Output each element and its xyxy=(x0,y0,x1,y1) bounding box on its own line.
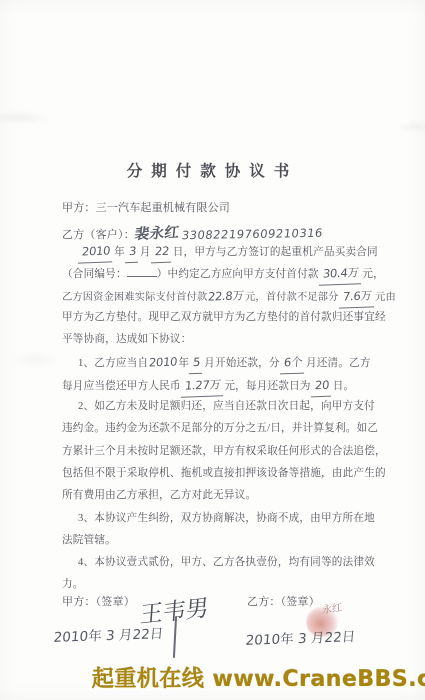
handwritten-text: 3 xyxy=(125,240,140,264)
contract-line: 甲方为乙方垫付。现甲乙双方就甲方为乙方垫付的首付款归还事宜经 xyxy=(62,307,392,329)
party-a-line: 甲方：三一汽车起重机械有限公司 xyxy=(62,199,230,215)
printed-text: 方累计三个月未按时足额还款，甲方有权采取任何形式的合法追偿， xyxy=(62,446,386,457)
handwritten-text: 1.27万 xyxy=(181,373,225,398)
party-b-date: 2010年 3 月22日 xyxy=(245,625,356,649)
printed-text: 月开始还款，分 xyxy=(204,358,280,369)
printed-text: 元， xyxy=(362,269,384,280)
printed-text: 法院管辖。 xyxy=(62,535,116,546)
handwritten-text: 2010 xyxy=(78,239,114,263)
printed-text: 2、如乙方未及时足额归还，应当自还款日次日起，向甲方支付 xyxy=(78,401,375,412)
printed-text: ）中约定乙方应向甲方支付首付款 xyxy=(157,269,319,280)
contract-line: 2010年3月22日，甲方与乙方签订的起重机产品买卖合同 xyxy=(62,240,392,262)
handwritten-text: 7.6万 xyxy=(338,284,375,308)
printed-text: 乙方因资金困难实际支付首付款 xyxy=(62,292,207,303)
printed-text: 年 xyxy=(114,247,125,258)
contract-line: 每月应当偿还甲方人民币1.27万元，每月还款日为20日。 xyxy=(62,374,392,396)
printed-text: 4、本协议壹式贰份，甲方、乙方各执壹份，均有同等的法律效 xyxy=(78,557,375,568)
scanned-contract-page: 分期付款协议书 甲方：三一汽车起重机械有限公司 乙方（客户）：裴永红330822… xyxy=(0,0,425,700)
handwritten-text: 30.4万 xyxy=(319,262,363,287)
printed-text: 1、乙方应当自 xyxy=(78,358,148,369)
printed-text: 月还清。乙方 xyxy=(306,358,371,369)
document-title: 分期付款协议书 xyxy=(0,159,425,181)
scan-artifact xyxy=(10,350,60,370)
party-b-thumbprint-note: 永红 xyxy=(322,599,342,617)
printed-text: 平等协商，达成如下协议： xyxy=(62,334,192,345)
blank-underline xyxy=(127,264,157,277)
handwritten-text: 22.8万 xyxy=(207,284,245,308)
contract-line: （合同编号：）中约定乙方应向甲方支付首付款30.4万元， xyxy=(62,262,392,284)
printed-text: 违约金。违约金为还款不足部分的万分之五/日，并计算复利。如乙 xyxy=(62,423,378,434)
printed-text: 每月应当偿还甲方人民币 xyxy=(62,381,181,392)
site-watermark: 起重机在线 www.CraneBBS.com xyxy=(92,662,425,693)
printed-text: 力。 xyxy=(62,579,84,590)
scan-artifact xyxy=(395,120,425,134)
printed-text: 元由 xyxy=(375,292,396,303)
contract-line: 包括但不限于采取停机、拖机或直接扣押该设备等措施，由此产生的 xyxy=(62,463,392,485)
contract-line: 所有费用由乙方承担，乙方对此无异议。 xyxy=(62,485,392,507)
printed-text: 元，每月还款日为 xyxy=(224,381,310,392)
printed-text: 所有费用由乙方承担，乙方对此无异议。 xyxy=(62,490,256,501)
handwritten-text: 6个 xyxy=(280,351,306,375)
contract-line: 3、本协议产生纠纷，双方协商解决，协商不成，由甲方所在地 xyxy=(62,508,392,530)
contract-line: 4、本协议壹式贰份，甲方、乙方各执壹份，均有同等的法律效 xyxy=(62,552,392,574)
agreement-body: 2010年3月22日，甲方与乙方签订的起重机产品买卖合同（合同编号：）中约定乙方… xyxy=(62,240,392,597)
party-b-sign-label: 乙方：（签章） xyxy=(247,593,320,609)
handwritten-text: 5 xyxy=(189,351,204,375)
printed-text: 元，首付款不足部分 xyxy=(245,292,339,303)
contract-line: 违约金。违约金为还款不足部分的万分之五/日，并计算复利。如乙 xyxy=(62,418,392,440)
contract-line: 2、如乙方未及时足额归还，应当自还款日次日起，向甲方支付 xyxy=(62,396,392,418)
scan-artifact xyxy=(0,110,50,126)
contract-line: 法院管辖。 xyxy=(62,530,392,552)
handwritten-text: 20 xyxy=(311,373,333,397)
printed-text: 日，甲方与乙方签订的起重机产品买卖合同 xyxy=(173,247,378,258)
contract-line: 方累计三个月未按时足额还款，甲方有权采取任何形式的合法追偿， xyxy=(62,441,392,463)
contract-line: 1、乙方应当自2010年5月开始还款，分6个月还清。乙方 xyxy=(62,351,392,373)
contract-line: 乙方因资金困难实际支付首付款22.8万元，首付款不足部分7.6万元由 xyxy=(62,285,392,307)
party-a-date: 2010年 3 月22日 xyxy=(53,622,164,646)
handwritten-text: 22 xyxy=(151,240,173,264)
printed-text: 3、本协议产生纠纷，双方协商解决，协商不成，由甲方所在地 xyxy=(78,513,375,524)
printed-text: 日。 xyxy=(333,381,355,392)
printed-text: （合同编号： xyxy=(62,269,127,280)
printed-text: 包括但不限于采取停机、拖机或直接扣押该设备等措施，由此产生的 xyxy=(62,468,386,479)
printed-text: 月 xyxy=(140,247,151,258)
contract-line: 平等协商，达成如下协议： xyxy=(62,329,392,351)
printed-text: 年 xyxy=(178,358,189,369)
party-a-sign-label: 甲方：（签章） xyxy=(62,593,135,609)
printed-text: 甲方为乙方垫付。现甲乙双方就甲方为乙方垫付的首付款归还事宜经 xyxy=(62,312,386,323)
handwritten-text: 2010 xyxy=(148,351,178,374)
